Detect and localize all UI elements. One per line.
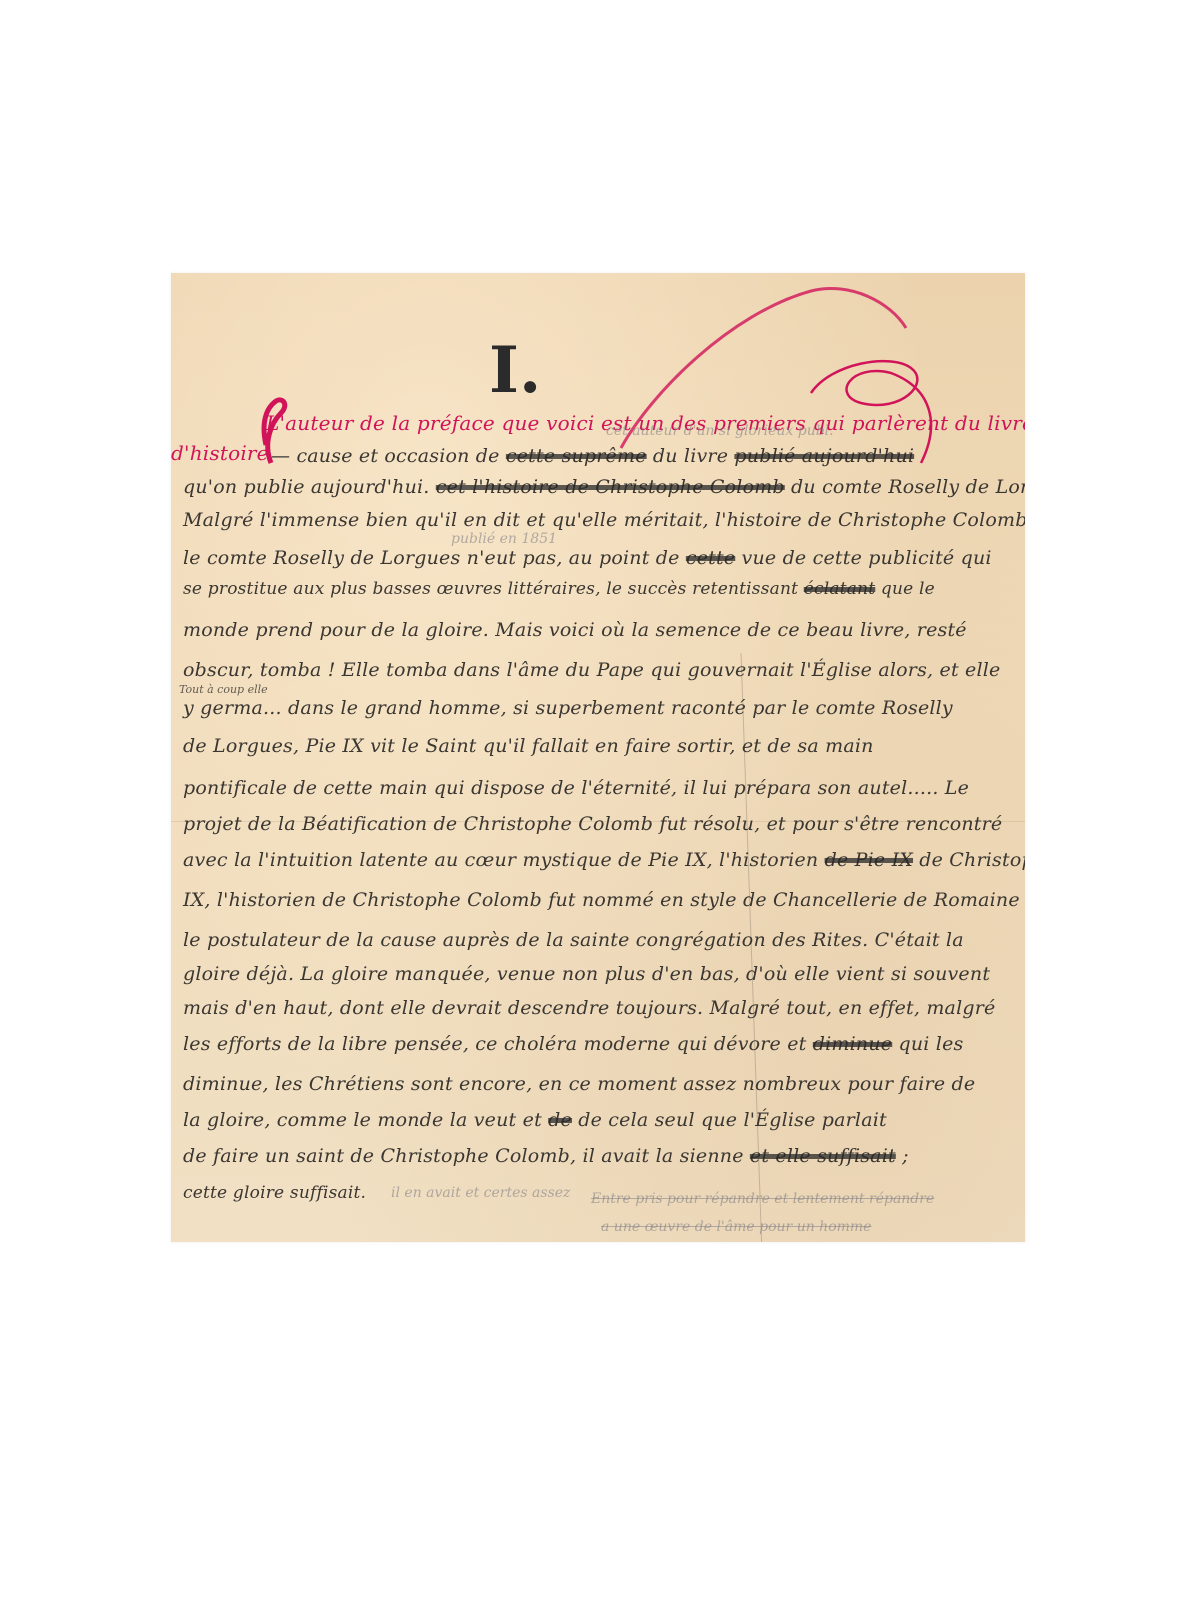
pencil-annotation: cet auteur d'un si glorieux publ. bbox=[606, 423, 834, 439]
struck-text: cette suprême bbox=[506, 445, 647, 467]
manuscript-line: y germa... dans le grand homme, si super… bbox=[183, 697, 1013, 719]
manuscript-line: les efforts de la libre pensée, ce cholé… bbox=[183, 1033, 1013, 1055]
line-text: vue de cette publicité qui bbox=[742, 547, 992, 569]
line-text: de cela seul que l'Église parlait bbox=[578, 1109, 887, 1131]
manuscript-line: avec la l'intuition latente au cœur myst… bbox=[183, 849, 1013, 871]
manuscript-line: diminue, les Chrétiens sont encore, en c… bbox=[183, 1073, 1013, 1095]
manuscript-line: projet de la Béatification de Christophe… bbox=[183, 813, 1013, 835]
line-text: ; bbox=[902, 1145, 909, 1167]
pencil-annotation: publié en 1851 bbox=[451, 531, 557, 547]
struck-text: éclatant bbox=[804, 579, 876, 599]
manuscript-line: de Lorgues, Pie IX vit le Saint qu'il fa… bbox=[183, 735, 1013, 757]
manuscript-line: — cause et occasion de cette suprême du … bbox=[271, 445, 1013, 467]
line-text: de Christophe bbox=[919, 849, 1025, 871]
line-text: qu'on publie aujourd'hui. bbox=[183, 476, 430, 498]
manuscript-line: la gloire, comme le monde la veut et de … bbox=[183, 1109, 1013, 1131]
line-text: que le bbox=[881, 579, 935, 599]
manuscript-line: IX, l'historien de Christophe Colomb fut… bbox=[183, 889, 1013, 911]
struck-text: de Pie IX bbox=[825, 849, 913, 871]
line-text: du livre bbox=[653, 445, 728, 467]
manuscript-page: I. L'auteur de la préface que voici est … bbox=[171, 273, 1025, 1242]
line-text: — cause et occasion de bbox=[271, 445, 500, 467]
line-text: qui les bbox=[898, 1033, 963, 1055]
pencil-annotation: Tout à coup elle bbox=[179, 683, 268, 696]
manuscript-line: pontificale de cette main qui dispose de… bbox=[183, 777, 1013, 799]
line-text: du comte Roselly de Lorgues bbox=[791, 476, 1025, 498]
pencil-annotation: il en avait et certes assez bbox=[391, 1185, 570, 1201]
line-text: les efforts de la libre pensée, ce cholé… bbox=[183, 1033, 807, 1055]
pencil-annotation: a une œuvre de l'âme pour un homme bbox=[601, 1219, 871, 1235]
manuscript-line: mais d'en haut, dont elle devrait descen… bbox=[183, 997, 1013, 1019]
line-text: la gloire, comme le monde la veut et bbox=[183, 1109, 542, 1131]
line-text: le comte Roselly de Lorgues n'eut pas, a… bbox=[183, 547, 680, 569]
manuscript-line: se prostitue aux plus basses œuvres litt… bbox=[183, 579, 1013, 599]
manuscript-line: le comte Roselly de Lorgues n'eut pas, a… bbox=[183, 547, 1013, 569]
struck-text: cet l'histoire de Christophe Colomb bbox=[436, 476, 785, 498]
section-numeral: I. bbox=[489, 333, 541, 408]
struck-text: publié aujourd'hui bbox=[734, 445, 914, 467]
manuscript-line: monde prend pour de la gloire. Mais voic… bbox=[183, 619, 1013, 641]
manuscript-line: de faire un saint de Christophe Colomb, … bbox=[183, 1145, 1013, 1167]
struck-text: diminue bbox=[813, 1033, 892, 1055]
manuscript-line: Malgré l'immense bien qu'il en dit et qu… bbox=[183, 509, 1013, 531]
line-text: se prostitue aux plus basses œuvres litt… bbox=[183, 579, 798, 599]
manuscript-line: le postulateur de la cause auprès de la … bbox=[183, 929, 1013, 951]
line-text: avec la l'intuition latente au cœur myst… bbox=[183, 849, 818, 871]
manuscript-line: obscur, tomba ! Elle tomba dans l'âme du… bbox=[183, 659, 1013, 681]
manuscript-line: gloire déjà. La gloire manquée, venue no… bbox=[183, 963, 1013, 985]
struck-text: et elle suffisait bbox=[750, 1145, 896, 1167]
line-text: de faire un saint de Christophe Colomb, … bbox=[183, 1145, 744, 1167]
struck-text: cette bbox=[686, 547, 735, 569]
manuscript-line: qu'on publie aujourd'hui. cet l'histoire… bbox=[183, 476, 1013, 498]
pencil-annotation: Entre pris pour répandre et lentement ré… bbox=[591, 1191, 934, 1207]
struck-text: de bbox=[548, 1109, 572, 1131]
